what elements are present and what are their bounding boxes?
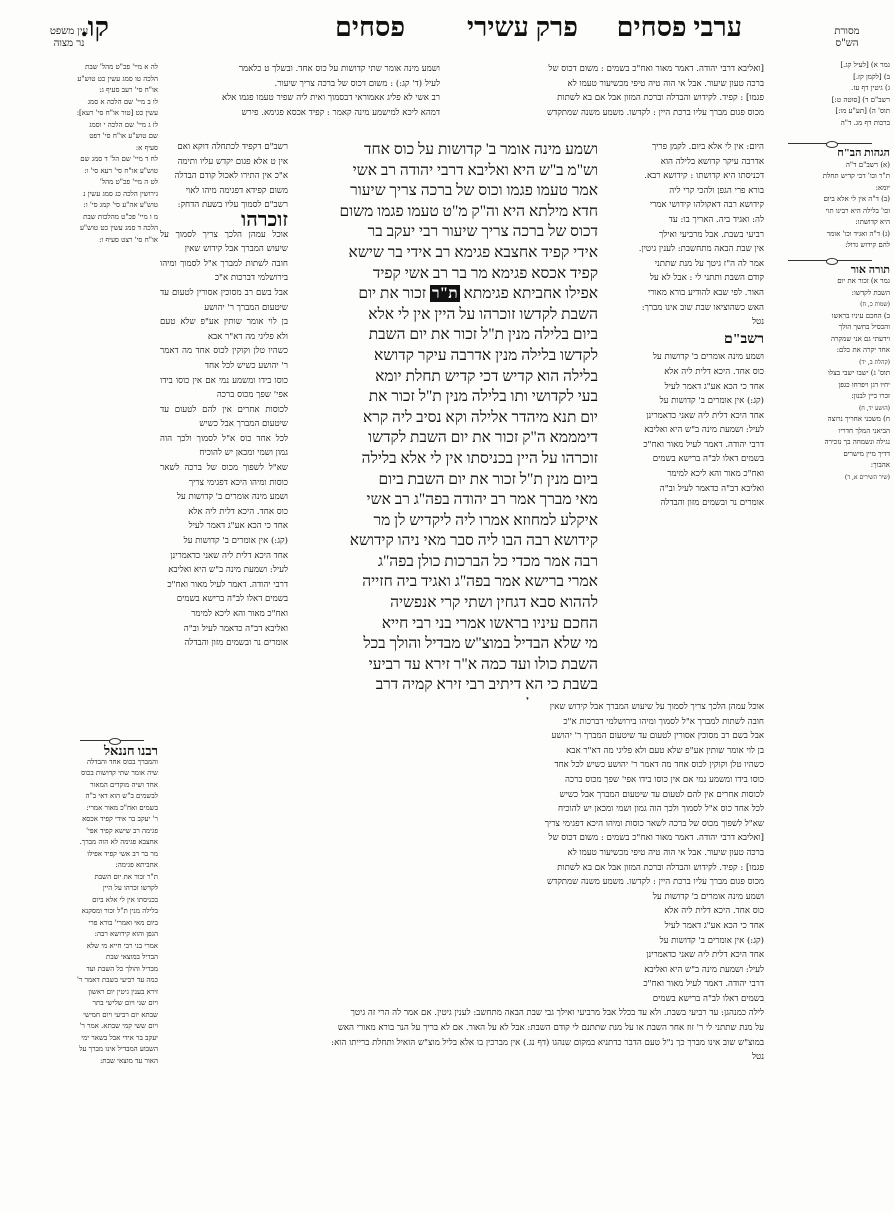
margin-line: רשב"ם ד) [סוטה ט:] [770,95,890,107]
margin-line: אמרי בני רבי חייא מי שלא [66,941,158,953]
commentary-line: אחד היכא דלית ליה שאני כדאמרינן [160,549,288,564]
margin-line: היא קדושתו: [770,217,890,229]
commentary-line: מכוס פגום מברך עליו ברכת היין : לקדשו. מ… [444,106,764,121]
margin-line: שיה אומר שתי קדושות בכוס [66,768,158,780]
gemara-line: החכם עיניו בראשו אמרי בני רבי חייא [292,614,598,635]
commentary-line: קודם השבת ותתני לי : אבל לא על [604,271,764,286]
commentary-line: בשמים דאלו לב"ה ברישא בשמים [160,592,288,607]
left-margin-ein-mishpat: לה א מיי' פכ"ט מהל' שבת הלכה טו סמג עשין… [56,62,158,242]
commentary-line: [ואליבא דרבי יהודה. דאמר מאור ואח"כ בשמי… [160,831,764,846]
label-line: עין משפט [44,26,94,38]
margin-line: ב) [לקמן קז.] [770,72,890,84]
commentary-line: כוס אחד. היכא דלית ליה אלא [160,904,764,919]
commentary-line: כוסו בידו ומשמע נמי אם אין כוסו בידו אפי… [160,773,764,788]
margin-line: לז ג מיי' שם הלכה י וסמג [56,120,158,132]
margin-line: אהבוך: [770,460,890,472]
gemara-line: מי שלא הבדיל במוצ"ש מבדיל והולך בכל [292,634,598,655]
label-line: מסורת [822,26,872,38]
margin-line: ת"ר זכור את יום השבת [66,872,158,884]
gemara-line: מאי מברך אמר רב יהודה בפה"ג רב אשי [292,490,598,511]
header-chapter-label: פרק עשירי [467,12,578,43]
margin-line: גמר א) זכור את יום [770,276,890,288]
commentary-line: אדרבה עיקר קדושא בלילה הוא [604,155,764,170]
commentary-line: היום: אין לי אלא ביום. לקמן פריך [604,140,764,155]
margin-line: הגפן והוא קידושא רבה: [66,929,158,941]
commentary-line: אמר לה ה"ז גיטך על מנת שתתני [604,257,764,272]
margin-line: זירא בענין גיטין יום ראשון [66,987,158,999]
gemara-line: ביום בלילה מנין ת"ל זכור את יום השבת [292,325,598,346]
gemara-line: קפיד אכסא פגימא מר בר רב אשי קפיד [292,264,598,285]
margin-line: (א) רשב"ם ד"ה [770,160,890,172]
commentary-line: פגמו] : קפיד. לקידוש והבדלה וברכת המזון … [160,861,764,876]
margin-line: הבדיל במוצאי שבת [66,952,158,964]
tosafot-side: רשב"ם דקפיד לכתחלה דוקא ואם אין ט אלא פג… [160,140,288,685]
margin-line: והכסיל בחשך הולך [770,322,890,334]
gemara-fragment: אפילו אחביתא פגימתא [464,285,598,302]
commentary-line: א"כ אין התירו לאכול קודם הבדלה [160,169,288,184]
gemara-line: אידי קפיד אחצבא פגימא רב אידי בר שישא [292,243,598,264]
tosafot-top: ושמע מינה אומר שתי קדושות על כוס אחד. וב… [160,62,440,140]
commentary-line: ואליבא דב"ה כדאמר לעיל וב"ה [604,482,764,497]
gemara-fragment: זכור את יום [358,285,426,302]
gemara-line: רבה אמר מכדי כל הברכות כולן בפה"ג [292,552,598,573]
margin-line: ח) משכני אחריך נרוצה [770,414,890,426]
mesoret-hashas-label: מסורת הש"ס [822,26,872,50]
margin-line: בכניסתו אין לי אלא ביום [66,895,158,907]
rashbam-title: רשב"ם [604,333,764,348]
gemara-line: אמרי ברישא אמר בפה"ג ואגיד ביה חזייה [292,572,598,593]
margin-line: וכו' בלילה היא רבינו תוי [770,206,890,218]
commentary-line: נטל [160,1050,764,1065]
margin-line: לבשמים ב"ש הוא דאי ב"ה [66,791,158,803]
margin-line: וידעתי גם אני שמקרה [770,334,890,346]
commentary-line: לה: ואגיד ביה. האריך בו: עד [604,213,764,228]
margin-line: אחד ושיה מוקדים המאור [66,780,158,792]
commentary-line: משום קפידא דפגימה מיהו לאוי [160,184,288,199]
commentary-line: חובה לשתות למברך א"ל לסמוך ומיהו בירושלמ… [160,257,288,286]
commentary-line: ברכה טעון שיעור. אבל אי הוה טיה טיפי מכש… [160,846,764,861]
gemara-line: השבת לקדשו זוכרהו על היין אין לי אלא [292,305,598,326]
margin-line: או"ח סי' רעב סעיף ג: [56,85,158,97]
commentary-line: אין ט אלא פגום יקדש עליו ותימה [160,155,288,170]
commentary-line: ושמע מינה אומר שתי קדושות על כוס אחד. וב… [160,62,440,77]
margin-line: תוס' ג) ישבו ישבי בצלו [770,368,890,380]
commentary-line: דרבי יהודה. דאמר לעיל מאור ואח"כ [604,438,764,453]
margin-line: לו ב מיי' שם הלכה א סמג [56,97,158,109]
commentary-line: על מנת שתתני לי ר' זוז אחר השבת או על מנ… [160,1021,764,1036]
commentary-line: ברכה טעון שיעור. אבל אי הוה טיה טיפי מכש… [444,77,764,92]
margin-line: אחצבא פגימה לא הוה מברך. [66,837,158,849]
commentary-line: אחד היכא דלית ליה שאני כדאמרינן [160,948,764,963]
margin-line: לה א מיי' פכ"ט מהל' שבת [56,62,158,74]
commentary-line: כוס אחד. היכא דלית ליה אלא [160,505,288,520]
commentary-line: אבל בשם רב מסוכין אסורין לטעום עד שיטעום… [160,729,764,744]
margin-line: לח ד מיי' שם הל' ד סמג שם [56,154,158,166]
commentary-line: לכוסות אחרים אין להם לטעום עד שיטעום המב… [160,788,764,803]
ein-mishpat-label: עין משפט נר מצוה [44,26,94,50]
commentary-line: האור. לפי שבא להודיע בורא מאורי [604,286,764,301]
margin-line: והמברך בכוס אחד והבדלה [66,757,158,769]
margin-line: הביאני המלך חדריו [770,426,890,438]
commentary-line: שא"ל לשפוך מכוס של ברכה לשאר כוסות ומיהו… [160,461,288,490]
commentary-line: דמהא ליכא למישמע מינה קאמר : קפיד אכסא פ… [160,106,440,121]
torah-ohr-title: תורה אור [770,265,890,277]
commentary-line: רביעי בשבת. אבל מרביעי ואילך [604,228,764,243]
commentary-line: לכל אחד כוס א"ל לסמוך ולכך הוה גמון ושמי… [160,802,764,817]
commentary-line: רשב"ם דקפיד לכתחלה דוקא ואם [160,140,288,155]
margin-line: מ ו מיי' פכ"ט מהלכות שבת [56,212,158,224]
commentary-line: לעיל: ושמעת מינה ב"ש היא ואליבא [604,423,764,438]
gemara-line: דימממא ה"ק זכור את יום השבת לקדשו [292,428,598,449]
commentary-line: ושמע מינה אומרים ב' קדושות על [160,890,764,905]
margin-line: טוש"ע או"ח סי' רעא סי' ו: [56,166,158,178]
gemara-line: השבת כולו ועד כמה א"ר זירא עד רביעי [292,655,598,676]
margin-line: סעיף א: [56,143,158,155]
margin-line: בלילה מנין ת"ל זכור ומסקנא [66,906,158,918]
commentary-line: אוכל עמהן הלכך צריך לסמוך על שיעוש המברך… [160,228,288,257]
label-line: הש"ס [822,38,872,50]
commentary-line: לעיל: ושמעת מינה ב"ש היא ואליבא [160,963,764,978]
margin-line: האור עד מוצאי שבת: [66,1056,158,1068]
ornament-divider [80,740,144,741]
commentary-line: בן לוי אומר שותין אע"פ שלא טעם ולא פליגי… [160,315,288,344]
margin-line: יחיו דגן ויפרחו כגפן [770,380,890,392]
commentary-line: קידושא רבה דאקולהו קידושי אמרי [604,198,764,213]
margin-line: ביום מאי ואמרי' בורא פרי [66,918,158,930]
margin-line: טוש"ע אה"ע סי' קמג סי' ו: [56,200,158,212]
commentary-line: בשמים דאלו לב"ה ברישא בשמים [160,992,764,1007]
rabbeinu-chananel-title: רבנו חננאל [66,745,158,757]
gemara-line: לקדשו בלילה מנין אדרבה עיקר קדושא [292,346,598,367]
gemara-line: אמר טעמו פגמו וכוס של ברכה צריך שיעור [292,181,598,202]
margin-line: אחביתא פגימה: [66,860,158,872]
margin-line: הלכה ד סמג עשין כט טוש"ע [56,223,158,235]
gemara-line: קידושא רבה הבו ליה סבר מאי ניהו קידושא [292,531,598,552]
margin-line: נגילה ונשמחה בך נזכירה [770,437,890,449]
margin-line: ויום ששי קמי שבתא. אמר ר' [66,1021,158,1033]
margin-line: דדיך מיין מישרים [770,449,890,461]
commentary-line: לעיל (ד' קג:) : משום דכוס של ברכה צריך ש… [160,77,440,92]
commentary-line: דרבי יהודה. דאמר לעיל מאור ואח"כ [160,977,764,992]
gemara-line: איקלע למחוזא אמרו ליה ליקדיש לן מר [292,511,598,532]
margin-line: (שיר השירים א, ד) [770,472,890,484]
margin-line: או"ח סי' רצט סעיף ו: [56,235,158,243]
label-line: נר מצוה [44,38,94,50]
commentary-line: אומרים נר ובשמים מזון והבדלה [604,496,764,511]
commentary-line: האש כשהוציאו שבת שוב אינו מברך: [604,301,764,316]
margin-line: ברכות דף מג. ד"ה [770,118,890,130]
gemara-line: בשבת כי הא דיתיב רבי זירא קמיה דרב [292,675,598,696]
gemara-line: ושמע מינה אומר ב' קדושות על כוס אחד [292,140,598,161]
margin-line: ר' יעקב בר אידי קפיד אכסא [66,814,158,826]
commentary-line: ואח"כ מאור והא ליכא למימר [604,467,764,482]
tanu-rabanan-highlight: ת"ר [430,285,460,302]
commentary-line: ואליבא דב"ה כדאמר לעיל וב"ה [160,622,288,637]
header-tractate: פסחים [335,12,405,43]
margin-line: השבוע המבדיל אינו מברך על [66,1044,158,1056]
commentary-line: כוס אחד. היכא דלית ליה אלא [604,365,764,380]
commentary-line: לכל אחד כוס א"ל לסמוך ולכך הוה גמון ושמי… [160,432,288,461]
gemara-line: יום תנא מיהדר אלילה וקא נסיב ליה קרא [292,408,598,429]
gemara-line: חדא מילתא היא וה"ק מ"ט טעמו פגמו משום [292,202,598,223]
margin-line: גמר א) [לעיל קג.] [770,60,890,72]
commentary-line: (קג:) אין אומרים ב' קדושות על [160,534,288,549]
commentary-line: חובה לשתות למברך א"ל לסמוך ומיהו בירושלמ… [160,715,764,730]
commentary-line: ואח"כ מאור והא ליכא למימר [160,607,288,622]
gemara-line: אפילו אחביתא פגימתא ת"ר זכור את יום [292,284,598,305]
gemara-line: בלילה הוא קדיש דכי קדיש תחלת יומא [292,367,598,388]
commentary-line: אומרים נר ובשמים מזון והבדלה [160,636,288,651]
left-margin-rabbeinu-chananel: רבנו חננאל והמברך בכוס אחד והבדלה שיה או… [66,736,158,1076]
gemara-text: ושמע מינה אומר ב' קדושות על כוס אחד וש"מ… [292,140,598,700]
mesoret-hashas: גמר א) [לעיל קג.] ב) [לקמן קז.] ג) גיטין… [770,60,890,129]
rashbam-top: [ואליבא דרבי יהודה. דאמר מאור ואח"כ בשמי… [444,62,764,140]
commentary-line: אבל בשם רב מסוכין אסורין לטעום עד שיטעום… [160,286,288,315]
margin-line: אחד יקרה את כלם: [770,345,890,357]
margin-line: לקדשו זכרהו על היין [66,883,158,895]
margin-line: הלכה טו סמג עשין כט טוש"ע [56,74,158,86]
commentary-line: לעיל: ושמעת מינה ב"ש היא ואליבא [160,563,288,578]
commentary-line: כשהיו טלן וקוקין לכוס אחד מה דאמר ר' יהו… [160,344,288,373]
gemara-line: זוכרהו על היין בכניסתו אין לי אלא בלילה [292,449,598,470]
margin-line: (הושע יד, ח) [770,403,890,415]
margin-line: פגימה רב שישא קפיד אפי' [66,826,158,838]
commentary-line: נטל [604,315,764,330]
commentary-line: אין שבת הבאה מתחשבת: לענין גיטין. [604,242,764,257]
commentary-line: דכניסתו היא קדושתו : קידושא רבא. [604,169,764,184]
commentary-line: אוכל עמהן הלכך צריך לסמוך על שיעוש המברך… [160,700,764,715]
tosafot-heading: זוכרהו [160,213,288,228]
commentary-line: (קג:) אין אומרים ב' קדושות על [160,934,764,949]
gemara-line: ביום מנין ת"ל זכור את יום השבת ביום [292,470,598,491]
margin-line: (שמות כ, ח) [770,299,890,311]
ornament-divider [788,143,872,144]
commentary-line: רב אשי לא פליג אאמוראי דבסמוך ואית ליה ש… [160,91,440,106]
gemara-line: לההוא סבא דגחין ושתי קרי אנפשיה [292,593,598,614]
commentary-line: אחד היכא דלית ליה שאני כדאמרינן [604,409,764,424]
margin-line: ויום שני ויום שלישי בתר [66,998,158,1010]
margin-line: עשין כט [טור או"ח סי' רעא]: [56,108,158,120]
commentary-line: לילה כמנהגן: עד רביעי בשבת. ולא עד בכלל … [160,1006,764,1021]
margin-line: גירושין הלכה כג סמג עשין נ [56,189,158,201]
commentary-line: במוצ"ש שוב אינו מברך כך נ"ל טעם הדבר כדת… [160,1036,764,1051]
margin-line: בשמים ואח"כ מאור אמרי: [66,803,158,815]
gemara-line: וש"מ ב"ש היא ואליבא דרבי יהודה רב אשי [292,161,598,182]
margin-line: להם קידוש גדול: [770,240,890,252]
commentary-line: אחד כי הכא אע"ג דאמר לעיל [604,380,764,395]
commentary-line: דרבי יהודה. דאמר לעיל מאור ואח"כ [160,578,288,593]
margin-line: השבת לקדשו: [770,288,890,300]
commentary-line: לכוסות אחרים אין להם לטעום עד שיטעום המב… [160,403,288,432]
margin-line: שם טוש"ע או"ח סי' רפט [56,131,158,143]
commentary-line: כשהיו טלן וקוקין לכוס אחד מה דאמר ר' יהו… [160,758,764,773]
commentary-line: בשמים דאלו לב"ה ברישא בשמים [604,452,764,467]
rashbam-side: היום: אין לי אלא ביום. לקמן פריך אדרבה ע… [604,140,764,680]
margin-line: יעקב בר אידי אבל בשאר ימי [66,1033,158,1045]
margin-line: (ג) ד"ה ואגיד וכו' אומר [770,229,890,241]
bottom-commentary: אוכל עמהן הלכך צריך לסמוך על שיעוש המברך… [160,700,764,1080]
ornament-divider [788,260,872,261]
margin-line: מר בר רב אשי קפיד אפילו [66,849,158,861]
margin-line: תוס' ה) [תע"ע מו:] [770,106,890,118]
commentary-line: אחד כי הכא אע"ג דאמר לעיל [160,519,288,534]
commentary-line: [ואליבא דרבי יהודה. דאמר מאור ואח"כ בשמי… [444,62,764,77]
margin-line: ב) החכם עיניו בראשו [770,311,890,323]
margin-line: כמה עד רביעי בשבת דאמר ר' [66,975,158,987]
margin-line: ג) גיטין דף עז. [770,83,890,95]
margin-line: ת"ר וכו' דכי קדיש תחלת [770,171,890,183]
margin-line: זכרו כיין לבנון: [770,391,890,403]
margin-line: שבתא יום רביעי ויום חמישי [66,1010,158,1022]
hagahot-title: הגהות הב"ח [770,148,890,160]
commentary-line: אחד כי הכא אע"ג דאמר לעיל [160,919,764,934]
commentary-line: פגמו] : קפיד. לקידוש והבדלה וברכת המזון … [444,91,764,106]
margin-line: לט ה מיי' פכ"ט מהל' [56,177,158,189]
margin-line: מבדיל והולך כל השבת ועד [66,964,158,976]
commentary-line: ושמע מינה אומרים ב' קדושות על [160,490,288,505]
gemara-line: בעי לקדושי ותו בלילה מנין ת"ל זכור את [292,387,598,408]
commentary-line: בורא פרי הגפן ולהכי קרי ליה [604,184,764,199]
gemara-line: דכוס של ברכה צריך שיעור רבי יעקב בר [292,222,598,243]
right-margin: גמר א) [לעיל קג.] ב) [לקמן קז.] ג) גיטין… [770,60,890,620]
margin-line: יומא: [770,183,890,195]
commentary-line: כוסו בידו ומשמע נמי אם אין כוסו בידו אפי… [160,374,288,403]
commentary-line: בן לוי אומר שותין אע"פ שלא טעם ולא פליגי… [160,744,764,759]
header-tractate-chapter: ערבי פסחים [617,12,742,43]
commentary-line: מכוס פגום מברך עליו ברכת היין : לקדשו. מ… [160,875,764,890]
commentary-line: שא"ל לשפוך מכוס של ברכה לשאר כוסות ומיהו… [160,817,764,832]
commentary-line: ושמע מינה אומרים ב' קדושות על [604,350,764,365]
margin-line: (קהלת ב, יד) [770,357,890,369]
commentary-line: (קג:) אין אומרים ב' קדושות על [604,394,764,409]
margin-line: (ב) ד"ה אין לי אלא ביום [770,194,890,206]
